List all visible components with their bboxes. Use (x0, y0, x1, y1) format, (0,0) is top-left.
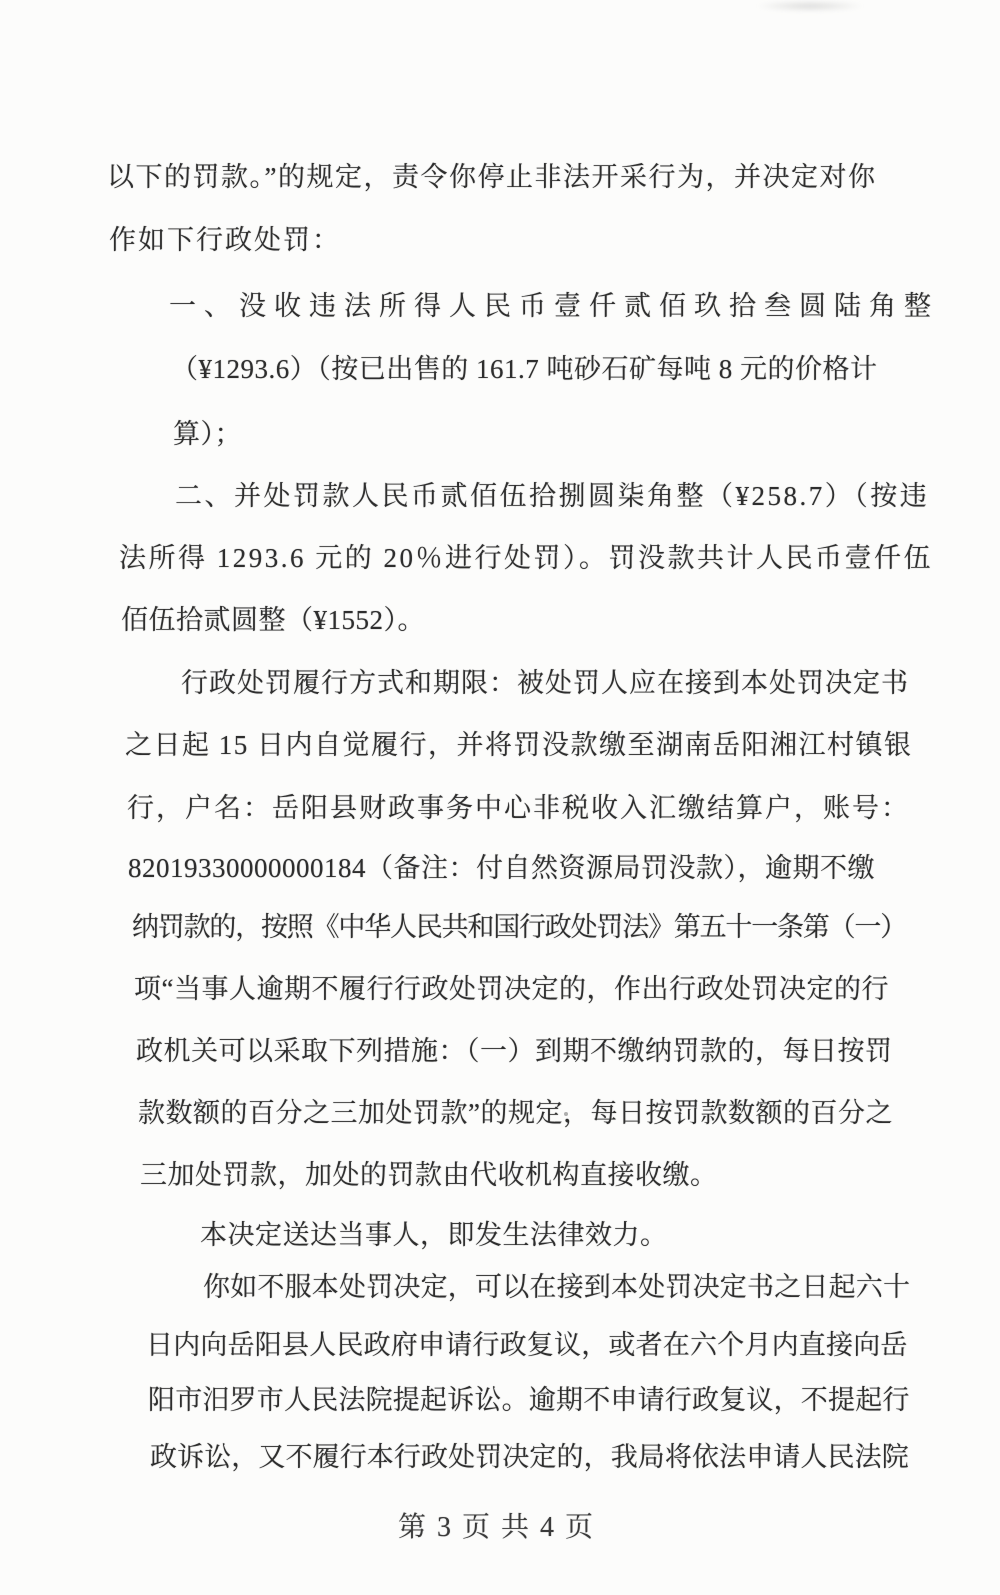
doc-line: 法所得 1293.6 元的 20％进行处罚）。罚没款共计人民币壹仟伍 (119, 536, 933, 575)
doc-line: 政机关可以采取下列措施：（一）到期不缴纳罚款的，每日按罚 (136, 1029, 893, 1068)
doc-line: 项“当事人逾期不履行行政处罚决定的，作出行政处罚决定的行 (134, 967, 889, 1006)
doc-line: 你如不服本处罚决定，可以在接到本处罚决定书之日起六十 (203, 1265, 910, 1304)
doc-line: 作如下行政处罚： (109, 218, 341, 257)
doc-line: 阳市汨罗市人民法院提起诉讼。逾期不申请行政复议，不提起行 (148, 1378, 910, 1417)
document-page: 以下的罚款。”的规定，责令你停止非法开采行为，并决定对你 作如下行政处罚： 一、… (0, 0, 1000, 1595)
scan-smudge (755, 0, 865, 12)
scan-ink-dot (564, 1112, 568, 1116)
doc-line: 行政处罚履行方式和期限：被处罚人应在接到本处罚决定书 (181, 661, 909, 700)
doc-line: 算）； (173, 412, 242, 451)
doc-line: 款数额的百分之三加处罚款”的规定，每日按罚款数额的百分之 (138, 1091, 893, 1130)
doc-line: 以下的罚款。”的规定，责令你停止非法开采行为，并决定对你 (107, 155, 876, 194)
doc-line: （¥1293.6）（按已出售的 161.7 吨砂石矿每吨 8 元的价格计 (171, 347, 878, 386)
doc-line: 本决定送达当事人，即发生法律效力。 (200, 1213, 668, 1252)
doc-line: 日内向岳阳县人民政府申请行政复议，或者在六个月内直接向岳 (146, 1323, 908, 1362)
doc-line: 一、没收违法所得人民币壹仟贰佰玖拾叁圆陆角整 (169, 284, 939, 323)
doc-line: 政诉讼，又不履行本行政处罚决定的，我局将依法申请人民法院 (150, 1435, 909, 1474)
page-footer: 第 3 页 共 4 页 (398, 1505, 595, 1545)
doc-line: 三加处罚款，加处的罚款由代收机构直接收缴。 (140, 1153, 718, 1192)
doc-line: 纳罚款的，按照《中华人民共和国行政处罚法》第五十一条第（一） (132, 905, 906, 944)
doc-line: 82019330000000184（备注：付自然资源局罚没款），逾期不缴 (128, 846, 875, 885)
doc-line: 之日起 15 日内自觉履行，并将罚没款缴至湖南岳阳湘江村镇银 (125, 723, 913, 762)
doc-line: 二、并处罚款人民币贰佰伍拾捌圆柒角整（¥258.7）（按违 (175, 474, 929, 513)
doc-line: 行，户名：岳阳县财政事务中心非税收入汇缴结算户，账号： (127, 786, 910, 825)
doc-line: 佰伍拾贰圆整（¥1552）。 (121, 598, 425, 637)
